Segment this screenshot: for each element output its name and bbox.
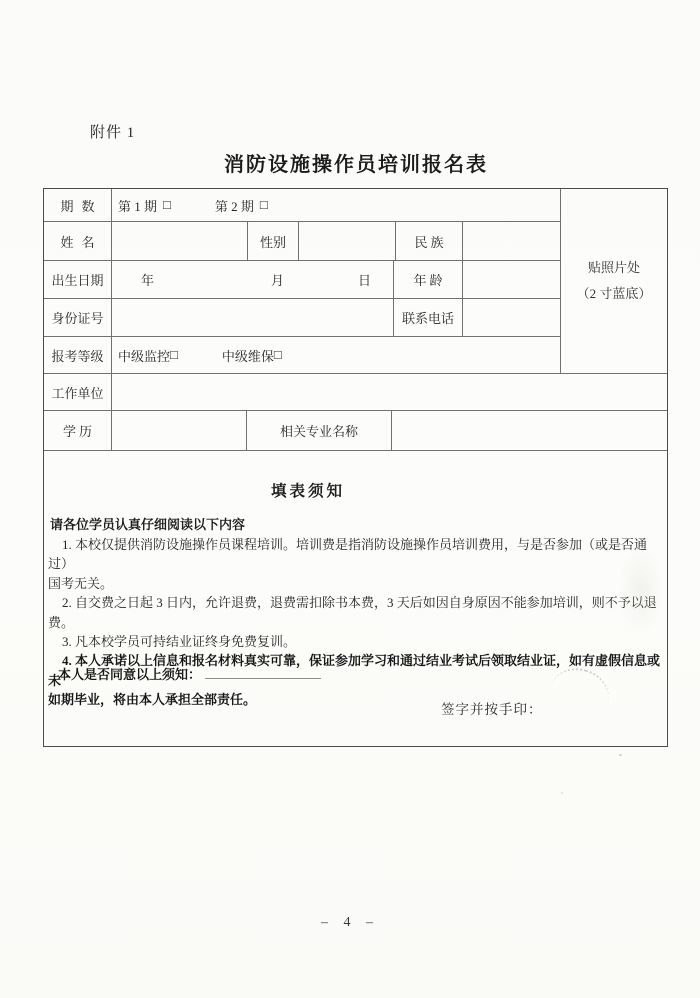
scanned-document-page: 附件 1 消防设施操作员培训报名表 期数 第 1 期 □ 第 2 期 □ 贴照片… [0,0,700,998]
level-label: 报考等级 [51,346,103,365]
notice-title: 填表须知 [44,479,572,501]
major-value-cell [392,411,667,451]
level-option-1: 中级监控 [118,346,170,365]
education-label-cell: 学历 [44,411,112,451]
signature-label: 签字并按手印： [441,698,543,718]
id-number-value-cell [112,299,394,337]
phone-label: 联系电话 [402,308,454,327]
notice-line: 2. 自交费之日起 3 日内，允许退费，退费需扣除书本费，3 天后如因自身原因不… [48,593,660,632]
notice-line: 3. 凡本校学员可持结业证终身免费复训。 [48,632,660,651]
photo-cell: 贴照片处 （2 寸蓝底） [561,189,667,374]
employer-label-cell: 工作单位 [44,374,112,411]
period-label: 期数 [52,196,102,215]
gender-label: 性别 [260,232,286,251]
ethnicity-value-cell [463,222,561,261]
phone-label-cell: 联系电话 [394,299,463,337]
employer-value-cell [112,374,667,411]
gender-value-cell [299,222,396,261]
id-number-label-cell: 身份证号 [44,299,112,337]
level-label-cell: 报考等级 [44,337,112,374]
agreement-blank-line [205,675,321,679]
photo-note-line1: 贴照片处 [588,255,640,281]
age-label-cell: 年龄 [394,261,463,299]
education-label: 学历 [60,421,95,440]
agreement-label: 本人是否同意以上须知： [58,667,201,682]
major-label-cell: 相关专业名称 [247,411,392,451]
agreement-line: 本人是否同意以上须知： [58,664,321,683]
name-value-cell [112,222,248,261]
notice-line: 1. 本校仅提供消防设施操作员课程培训。培训费是指消防设施操作员培训费用，与是否… [48,535,660,574]
name-label-cell: 姓名 [44,222,112,261]
level-options-cell: 中级监控 □ 中级维保 □ [112,337,561,374]
registration-form-table: 期数 第 1 期 □ 第 2 期 □ 贴照片处 （2 寸蓝底） 姓名 性别 民族… [43,188,668,747]
scan-artifact-smudge [618,545,664,635]
period-option-1: 第 1 期 [118,196,157,215]
education-value-cell [112,411,247,451]
period-option-2: 第 2 期 [215,196,254,215]
checkbox-icon: □ [274,347,282,363]
birthdate-value-cell: 年 月 日 [112,261,394,299]
scan-artifact-speck [561,792,563,794]
name-label: 姓名 [52,232,102,251]
age-label: 年龄 [410,270,445,289]
form-title: 消防设施操作员培训报名表 [6,148,700,177]
birth-month-label: 月 [271,261,284,298]
id-number-label: 身份证号 [51,308,103,327]
level-option-2: 中级维保 [222,346,274,365]
notice-line: 国考无关。 [48,574,660,593]
checkbox-icon: □ [170,347,178,363]
phone-value-cell [463,299,561,337]
notice-intro: 请各位学员认真仔细阅读以下内容 [50,514,245,533]
checkbox-icon: □ [163,197,171,213]
birth-year-label: 年 [141,261,154,298]
period-options-cell: 第 1 期 □ 第 2 期 □ [112,189,561,222]
ethnicity-label-cell: 民族 [396,222,463,261]
page-number: – 4 – [0,915,700,931]
gender-label-cell: 性别 [248,222,299,261]
employer-label: 工作单位 [51,383,103,402]
birthdate-label: 出生日期 [51,270,103,289]
period-label-cell: 期数 [44,189,112,222]
age-value-cell [463,261,561,299]
ethnicity-label: 民族 [411,232,446,251]
checkbox-icon: □ [260,197,268,213]
photo-note-line2: （2 寸蓝底） [577,281,652,307]
attachment-label: 附件 1 [90,121,135,142]
birth-day-label: 日 [358,261,371,298]
major-label: 相关专业名称 [280,421,358,440]
birthdate-label-cell: 出生日期 [44,261,112,299]
scan-artifact-speck [619,754,622,756]
